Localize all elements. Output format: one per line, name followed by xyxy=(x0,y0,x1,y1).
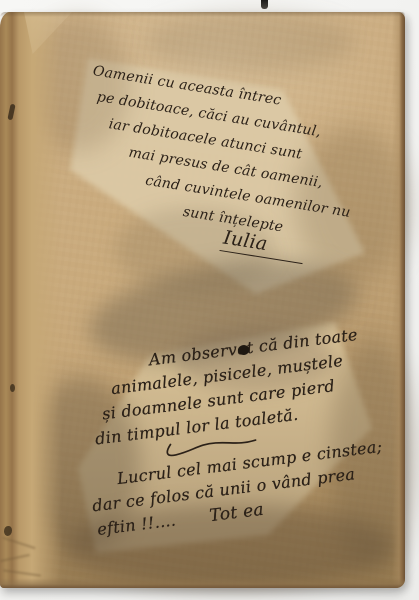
photo-scene: Oamenii cu aceasta întrec pe dobitoace, … xyxy=(0,0,419,600)
dark-mark-top-edge xyxy=(261,0,268,9)
page-bottom-edge xyxy=(0,578,405,588)
page-fore-edge xyxy=(392,12,405,588)
stitch-mark xyxy=(10,384,15,392)
spine-gutter xyxy=(0,12,64,588)
book-page: Oamenii cu aceasta întrec pe dobitoace, … xyxy=(0,12,405,588)
page-top-edge xyxy=(0,12,405,17)
